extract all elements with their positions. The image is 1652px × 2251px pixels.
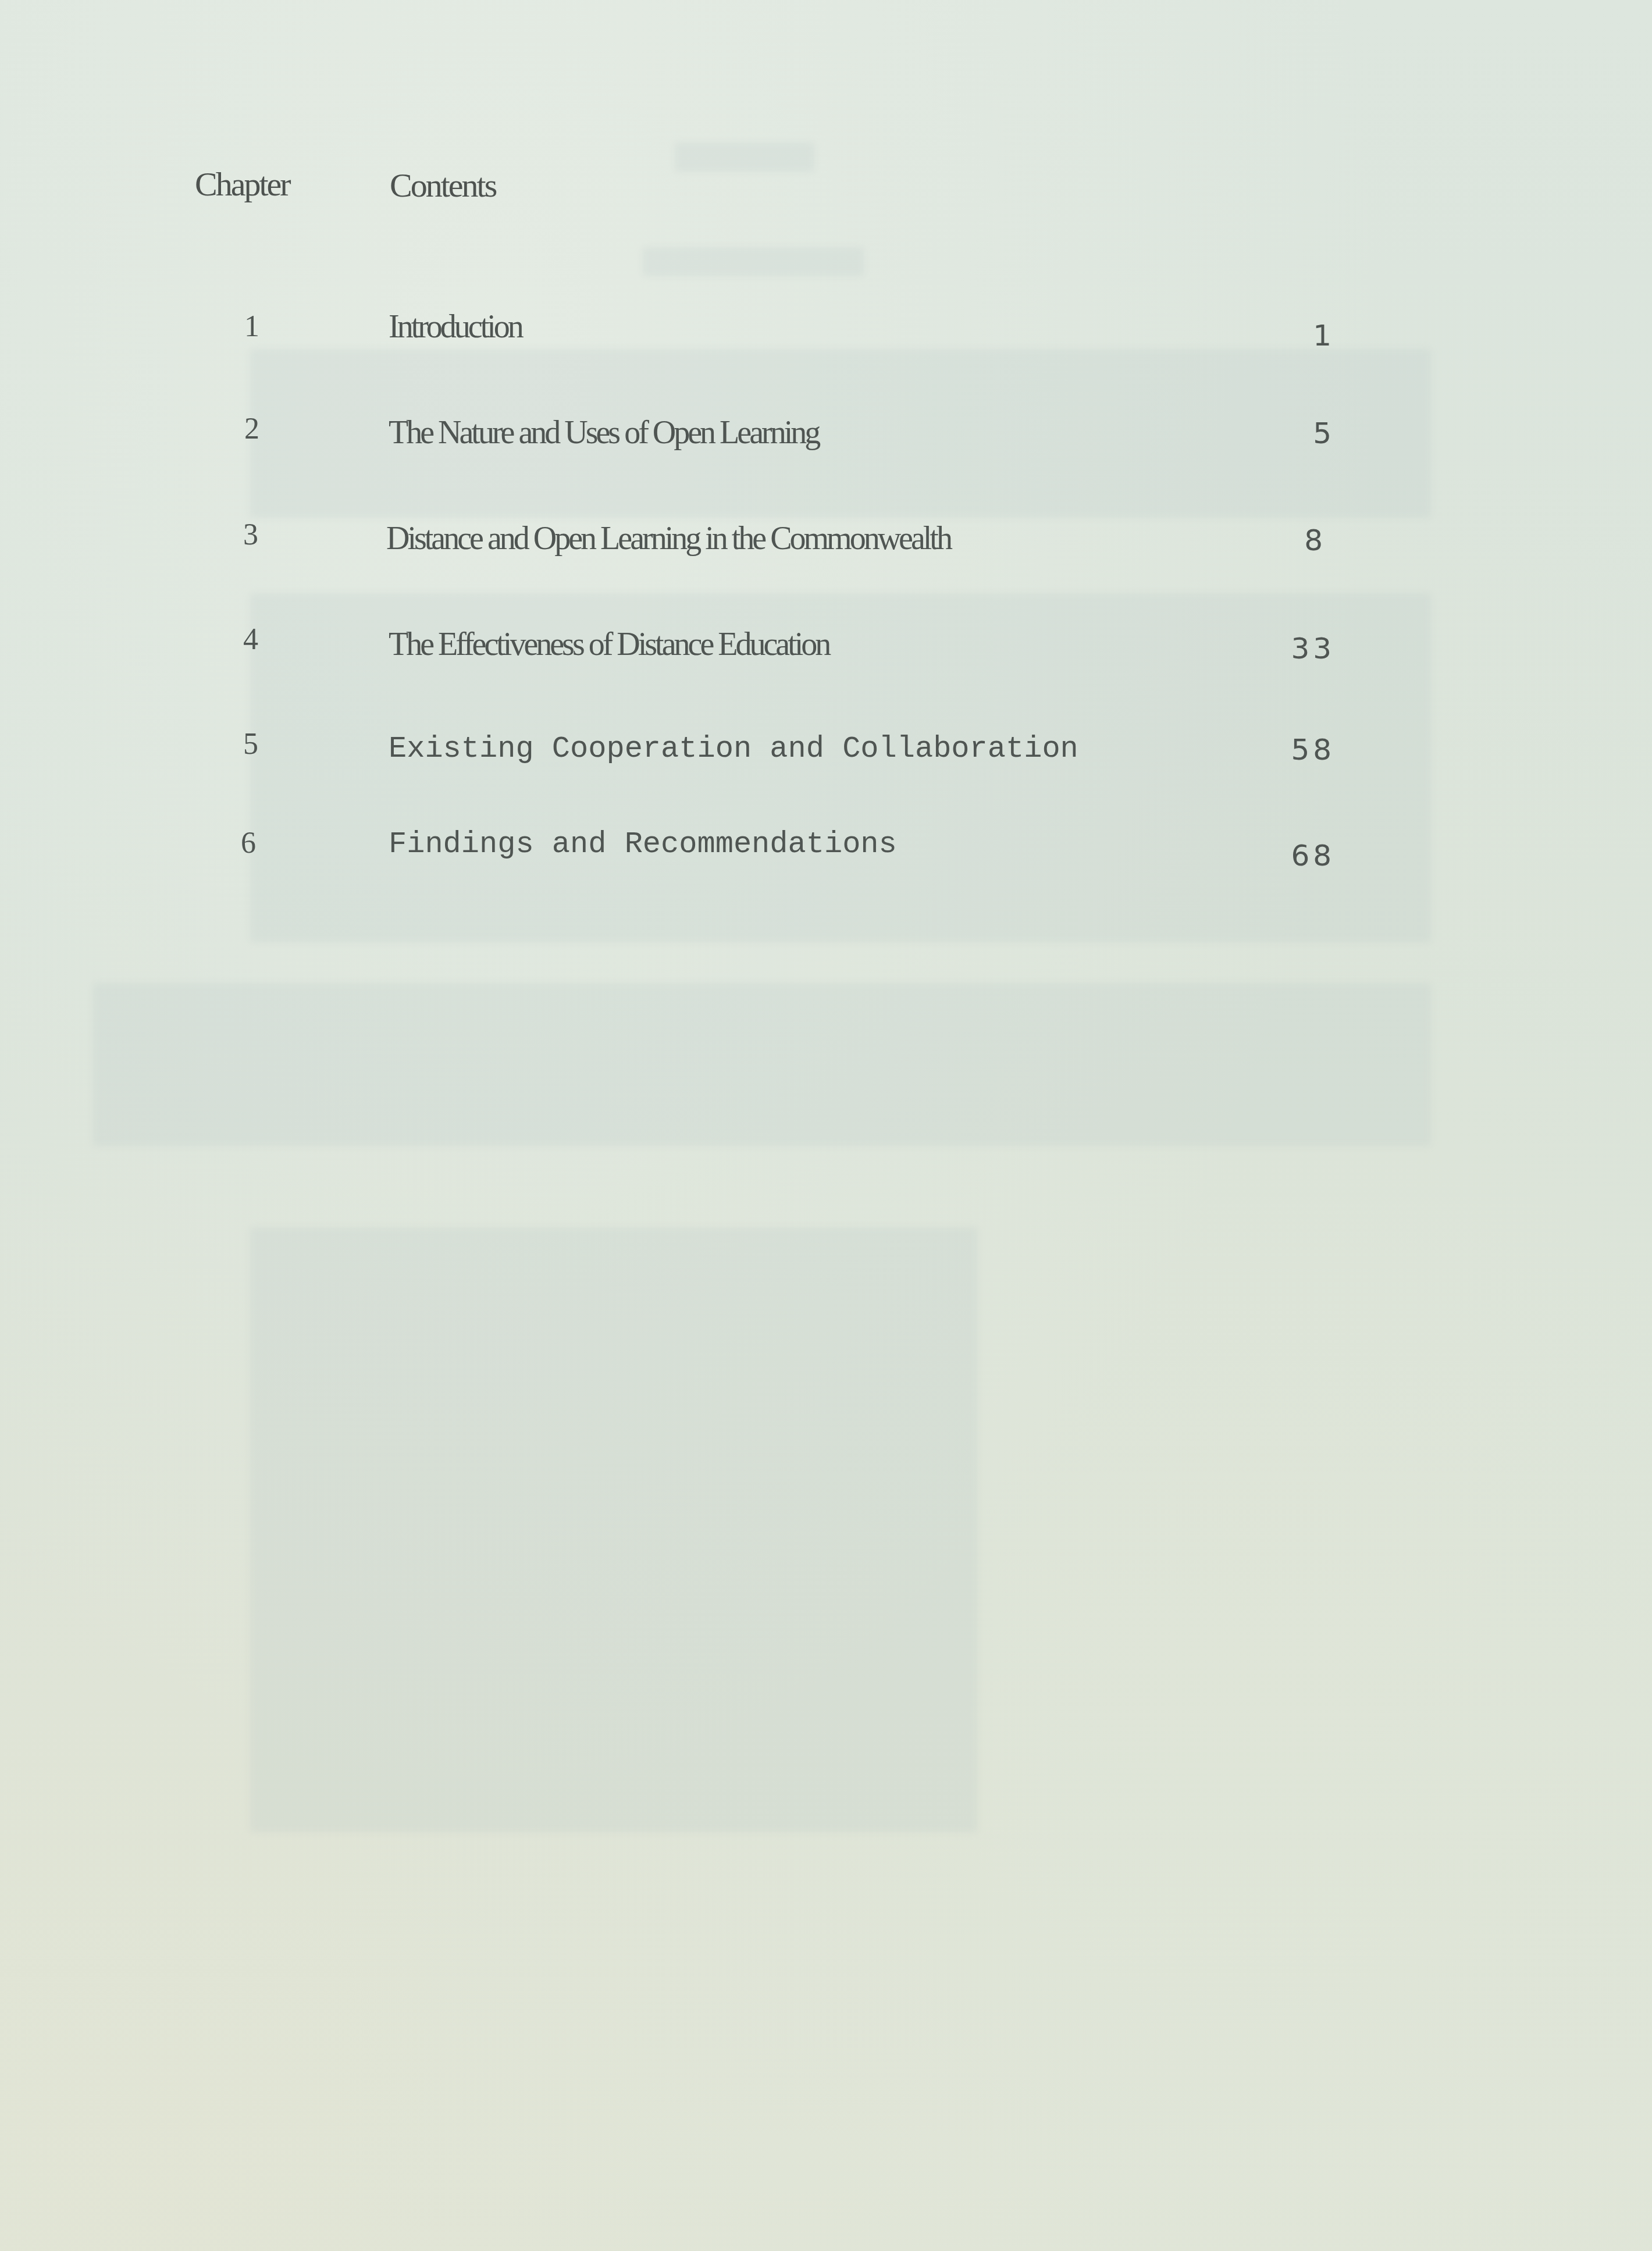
show-through-paragraph	[93, 983, 1431, 1146]
toc-chapter-title: Introduction	[389, 308, 522, 346]
toc-page-number: 8	[1304, 523, 1326, 557]
toc-entry: 5 Existing Cooperation and Collaboration…	[0, 727, 1652, 774]
toc-chapter-number: 6	[241, 826, 256, 860]
toc-entry: 4 The Effectiveness of Distance Educatio…	[0, 622, 1652, 669]
toc-chapter-title: Distance and Open Learning in the Common…	[386, 520, 950, 557]
show-through-heading	[675, 143, 814, 172]
toc-page-number: 33	[1291, 632, 1335, 665]
toc-entry: 6 Findings and Recommendations 68	[0, 826, 1652, 872]
toc-entry: 2 The Nature and Uses of Open Learning 5	[0, 412, 1652, 458]
toc-page-number: 68	[1291, 839, 1335, 872]
toc-chapter-title: The Nature and Uses of Open Learning	[389, 414, 818, 451]
show-through-list	[250, 1227, 977, 1832]
toc-chapter-title: Existing Cooperation and Collaboration	[389, 732, 1078, 766]
toc-chapter-title: The Effectiveness of Distance Education	[389, 626, 829, 663]
toc-chapter-number: 4	[243, 622, 258, 657]
document-page: Chapter Contents 1 Introduction 1 2 The …	[0, 0, 1652, 2251]
toc-chapter-number: 2	[244, 412, 259, 446]
toc-entry: 3 Distance and Open Learning in the Comm…	[0, 518, 1652, 564]
toc-chapter-number: 5	[243, 727, 258, 761]
toc-page-number: 5	[1313, 416, 1335, 450]
contents-column-heading: Contents	[390, 166, 496, 205]
toc-page-number: 58	[1291, 733, 1335, 767]
toc-entry: 1 Introduction 1	[0, 307, 1652, 354]
toc-chapter-number: 3	[243, 518, 258, 552]
toc-page-number: 1	[1313, 319, 1335, 352]
show-through-heading	[643, 247, 864, 276]
chapter-column-heading: Chapter	[195, 165, 290, 204]
toc-chapter-number: 1	[244, 309, 259, 344]
toc-chapter-title: Findings and Recommendations	[389, 827, 897, 861]
